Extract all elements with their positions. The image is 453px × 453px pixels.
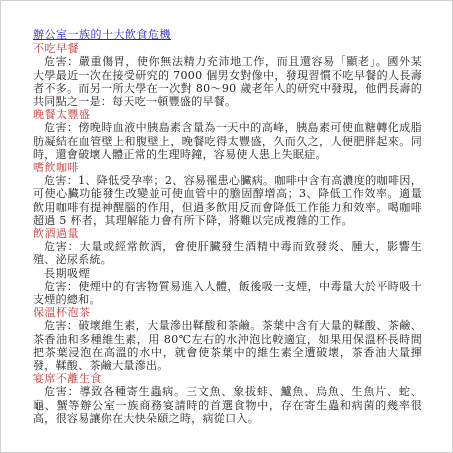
section-no-breakfast: 不吃早餐 危害：嚴重傷胃，使你無法精力充沛地工作，而且還容易「顯老」。國外某大學… [33,42,422,108]
document-page: 辦公室一族的十大飲食危機 不吃早餐 危害：嚴重傷胃，使你無法精力充沛地工作，而且… [0,0,453,453]
section-raw-food: 宴席不離生食 危害：導致各種寄生蟲病。三文魚、象拔蚌、鱸魚、烏魚、生魚片、蛇、龜… [33,372,422,425]
section-heading: 晚餐太豐盛 [33,108,422,121]
document-title-link[interactable]: 辦公室一族的十大飲食危機 [33,28,171,41]
section-heading: 宴席不離生食 [33,372,422,385]
section-body: 危害：大量或經常飲酒，會使肝臟發生酒精中毒而致發炎、腫大，影響生殖、泌尿系統。 [33,240,422,266]
section-body: 危害：嚴重傷胃，使你無法精力充沛地工作，而且還容易「顯老」。國外某大學最近一次在… [33,55,422,108]
section-body: 危害：1、降低受孕率；2、容易罹患心臟病。咖啡中含有高濃度的咖啡因，可使心臟功能… [33,174,422,227]
section-heading: 保溫杯泡茶 [33,306,422,319]
section-rich-dinner: 晚餐太豐盛 危害：傍晚時血液中胰島素含量為一天中的高峰，胰島素可使血糖轉化成脂肪… [33,108,422,161]
section-alcohol: 飲酒過量 危害：大量或經常飲酒，會使肝臟發生酒精中毒而致發炎、腫大，影響生殖、泌… [33,227,422,267]
section-smoking: 長期吸煙 危害：使煙中的有害物質易進入人體，飯後吸一支煙，中毒量大於平時吸十支煙… [33,267,422,307]
section-heading: 不吃早餐 [33,42,422,55]
section-body: 危害：傍晚時血液中胰島素含量為一天中的高峰，胰島素可使血糖轉化成脂肪凝結在血管壁… [33,121,422,161]
section-coffee: 嗜飲咖啡 危害：1、降低受孕率；2、容易罹患心臟病。咖啡中含有高濃度的咖啡因，可… [33,161,422,227]
section-heading: 嗜飲咖啡 [33,161,422,174]
section-body: 危害：破壞維生素，大量滲出鞣酸和茶鹼。茶葉中含有大量的鞣酸、茶鹼、茶香油和多種維… [33,319,422,372]
section-thermos-tea: 保溫杯泡茶 危害：破壞維生素，大量滲出鞣酸和茶鹼。茶葉中含有大量的鞣酸、茶鹼、茶… [33,306,422,372]
section-body: 危害：導致各種寄生蟲病。三文魚、象拔蚌、鱸魚、烏魚、生魚片、蛇、龜、蟹等辦公室一… [33,385,422,425]
section-body: 危害：使煙中的有害物質易進入人體，飯後吸一支煙，中毒量大於平時吸十支煙的總和。 [33,280,422,306]
section-heading: 長期吸煙 [33,267,422,280]
section-heading: 飲酒過量 [33,227,422,240]
